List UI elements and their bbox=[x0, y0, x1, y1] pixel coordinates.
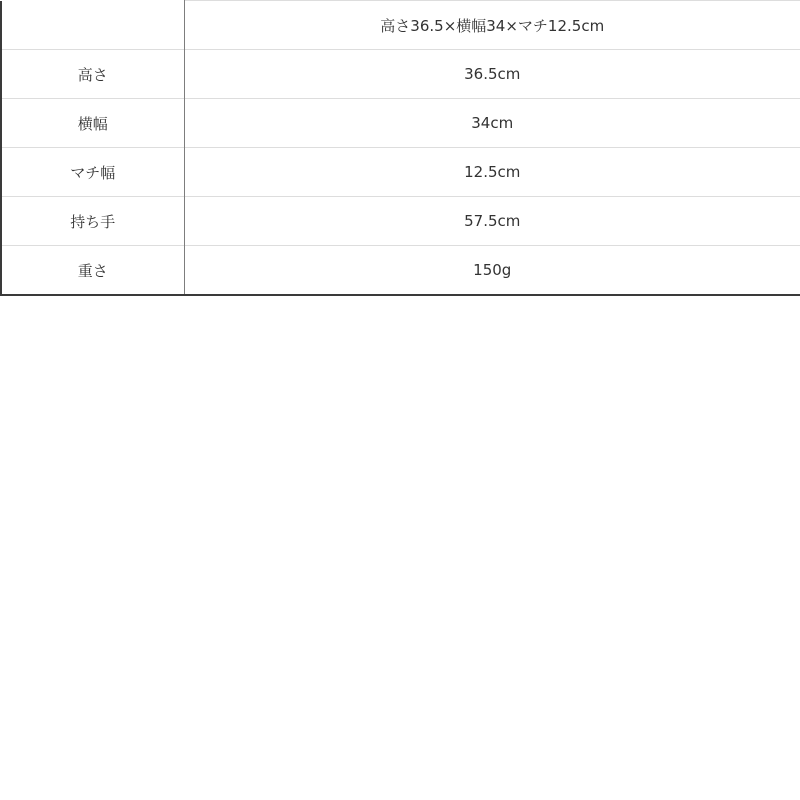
row-label-weight: 重さ bbox=[1, 246, 184, 296]
size-spec-table: 高さ36.5×横幅34×マチ12.5cm 高さ 36.5cm 横幅 34cm マ… bbox=[0, 0, 800, 296]
row-value-handle: 57.5cm bbox=[184, 197, 800, 246]
row-value-height: 36.5cm bbox=[184, 50, 800, 99]
row-label-handle: 持ち手 bbox=[1, 197, 184, 246]
row-value-gusset: 12.5cm bbox=[184, 148, 800, 197]
product-spec-page: 高さ36.5×横幅34×マチ12.5cm 高さ 36.5cm 横幅 34cm マ… bbox=[0, 0, 800, 800]
row-label-width: 横幅 bbox=[1, 99, 184, 148]
table-row-gusset: マチ幅 12.5cm bbox=[1, 148, 800, 197]
size-summary-header: 高さ36.5×横幅34×マチ12.5cm bbox=[184, 1, 800, 50]
row-label-gusset: マチ幅 bbox=[1, 148, 184, 197]
row-label-height: 高さ bbox=[1, 50, 184, 99]
table-header-row: 高さ36.5×横幅34×マチ12.5cm bbox=[1, 1, 800, 50]
table-row-handle: 持ち手 57.5cm bbox=[1, 197, 800, 246]
corner-cell bbox=[1, 1, 184, 50]
table-row-width: 横幅 34cm bbox=[1, 99, 800, 148]
row-value-width: 34cm bbox=[184, 99, 800, 148]
table-row-height: 高さ 36.5cm bbox=[1, 50, 800, 99]
row-value-weight: 150g bbox=[184, 246, 800, 296]
table-row-weight: 重さ 150g bbox=[1, 246, 800, 296]
